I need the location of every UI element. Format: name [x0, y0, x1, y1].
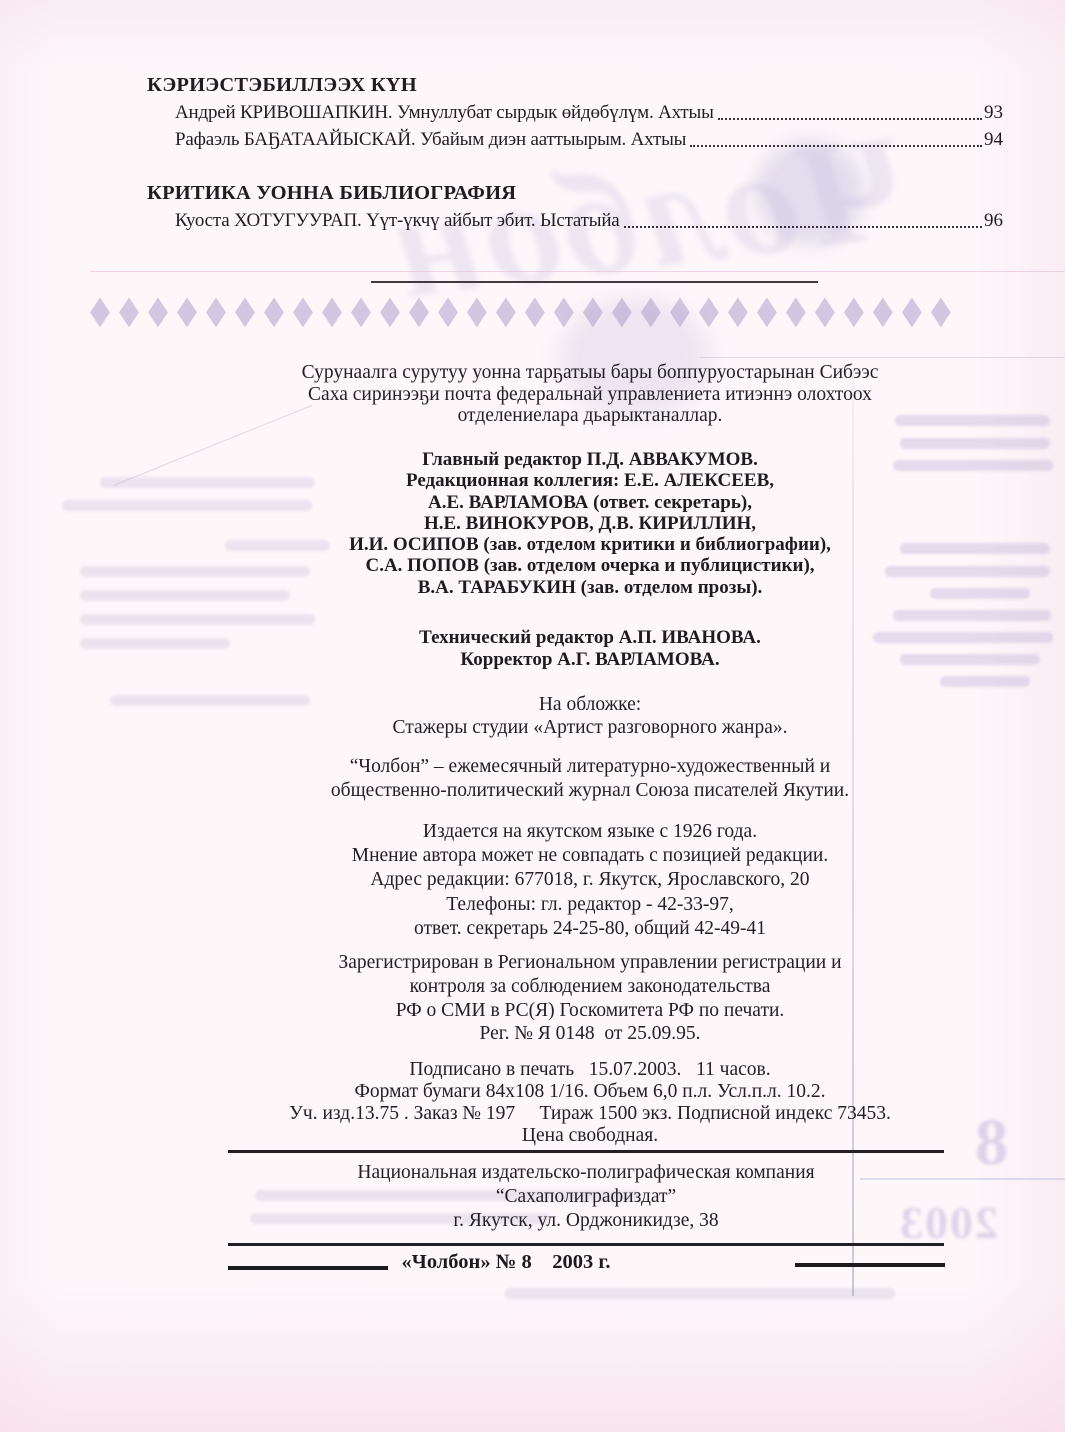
footer-issue-label: «Чолбон» № 8 2003 г. [400, 1251, 612, 1274]
imprint-line: ответ. секретарь 24-25-80, общий 42-49-4… [200, 917, 980, 941]
toc-section-heading: КЭРИЭСТЭБИЛЛЭЭХ КҮН [147, 74, 1003, 97]
imprint-line: Редакционная коллегия: Е.Е. АЛЕКСЕЕВ, [200, 470, 980, 491]
horizontal-rule [371, 281, 818, 283]
dotted-leader [690, 145, 982, 147]
imprint-line: Адрес редакции: 677018, г. Якутск, Яросл… [200, 868, 980, 892]
imprint-line: Сурунаалга сурутуу уонна тарҕатыы бары б… [200, 362, 980, 384]
imprint-line: Рег. № Я 0148 от 25.09.95. [200, 1022, 980, 1046]
imprint-line: отделениелара дьарыктаналлар. [200, 405, 980, 427]
imprint-line: Подписано в печать 15.07.2003. 11 часов. [200, 1059, 980, 1081]
imprint-line: “Чолбон” – ежемесячный литературно-худож… [200, 755, 980, 779]
bleed-through-text-bar [505, 1288, 895, 1299]
bleed-through-text-bar [893, 610, 1051, 621]
footer-rule-left [228, 1266, 388, 1270]
distribution-note: Сурунаалга сурутуу уонна тарҕатыы бары б… [200, 362, 980, 427]
bleed-through-text-bar [80, 614, 315, 625]
imprint-line: “Сахаполиграфиздат” [228, 1185, 944, 1209]
imprint-line: Цена свободная. [200, 1125, 980, 1147]
imprint-line: Мнение автора может не совпадать с позиц… [200, 844, 980, 868]
scan-artifact-line [90, 271, 1065, 272]
scan-artifact-line [700, 357, 1065, 358]
contact-info: Издается на якутском языке с 1926 года. … [200, 820, 980, 941]
imprint-line: контроля за соблюдением законодательства [200, 975, 980, 999]
toc-entry-title: Андрей КРИВОШАПКИН. Умнуллубат сырдык өй… [175, 102, 714, 124]
imprint-line: Телефоны: гл. редактор - 42-33-97, [200, 893, 980, 917]
imprint-line: Корректор А.Г. ВАРЛАМОВА. [200, 649, 980, 671]
dotted-leader [624, 226, 982, 228]
bleed-through-text-bar [940, 676, 1030, 687]
imprint-line: Н.Е. ВИНОКУРОВ, Д.В. КИРИЛЛИН, [200, 513, 980, 534]
toc-entry: Куоста ХОТУГУУРАП. Үүт-үкчү айбыт эбит. … [147, 205, 1003, 232]
imprint-line: А.Е. ВАРЛАМОВА (ответ. секретарь), [200, 492, 980, 513]
diamond-ornament-row [90, 288, 1050, 338]
toc-page-number: 93 [984, 102, 1003, 124]
imprint-line: На обложке: [200, 694, 980, 717]
technical-staff: Технический редактор А.П. ИВАНОВА. Корре… [200, 627, 980, 671]
imprint-line: РФ о СМИ в РС(Я) Госкомитета РФ по печат… [200, 999, 980, 1023]
imprint-line: Уч. изд.13.75 . Заказ № 197 Тираж 1500 э… [200, 1103, 980, 1125]
toc-entry: Рафаэль БАҔАТААЙЫСКАЙ. Убайым диэн аатты… [147, 124, 1003, 151]
imprint-line: Технический редактор А.П. ИВАНОВА. [200, 627, 980, 649]
bleed-through-text-bar [900, 438, 1050, 449]
print-run-info: Подписано в печать 15.07.2003. 11 часов.… [200, 1059, 980, 1147]
toc-entry-title: Куоста ХОТУГУУРАП. Үүт-үкчү айбыт эбит. … [175, 210, 620, 232]
imprint-line: Главный редактор П.Д. АВВАКУМОВ. [200, 449, 980, 470]
toc-page-number: 94 [984, 129, 1003, 151]
toc-page-number: 96 [984, 210, 1003, 232]
table-of-contents: КЭРИЭСТЭБИЛЛЭЭХ КҮН Андрей КРИВОШАПКИН. … [147, 74, 1003, 232]
imprint-line: Формат бумаги 84х108 1/16. Объем 6,0 п.л… [200, 1081, 980, 1103]
editorial-board: Главный редактор П.Д. АВВАКУМОВ. Редакци… [200, 449, 980, 598]
registration-info: Зарегистрирован в Региональном управлени… [200, 951, 980, 1046]
toc-entry-title: Рафаэль БАҔАТААЙЫСКАЙ. Убайым диэн аатты… [175, 129, 686, 151]
imprint-line: г. Якутск, ул. Орджоникидзе, 38 [228, 1209, 944, 1233]
imprint-line: общественно-политический журнал Союза пи… [200, 779, 980, 803]
toc-section-heading: КРИТИКА УОННА БИБЛИОГРАФИЯ [147, 182, 1003, 205]
footer-rule-right [795, 1263, 945, 1267]
journal-description: “Чолбон” – ежемесячный литературно-худож… [200, 755, 980, 803]
cover-note: На обложке: Стажеры студии «Артист разго… [200, 694, 980, 739]
imprint-line: Издается на якутском языке с 1926 года. [200, 820, 980, 844]
imprint-line: Саха сиринээҕи почта федеральнай управле… [200, 384, 980, 406]
imprint-line: В.А. ТАРАБУКИН (зав. отделом прозы). [200, 577, 980, 598]
dotted-leader [718, 118, 982, 120]
imprint-line: Стажеры студии «Артист разговорного жанр… [200, 717, 980, 740]
scanned-magazine-colophon-page: { "toc": { "sections": [ { "heading": "К… [0, 0, 1065, 1432]
imprint-line: Зарегистрирован в Региональном управлени… [200, 951, 980, 975]
imprint-line: Национальная издательско-полиграфическая… [228, 1161, 944, 1185]
imprint-line: С.А. ПОПОВ (зав. отделом очерка и публиц… [200, 555, 980, 576]
publisher-box: Национальная издательско-полиграфическая… [228, 1150, 944, 1246]
imprint-line: И.И. ОСИПОВ (зав. отделом критики и библ… [200, 534, 980, 555]
toc-entry: Андрей КРИВОШАПКИН. Умнуллубат сырдык өй… [147, 97, 1003, 124]
